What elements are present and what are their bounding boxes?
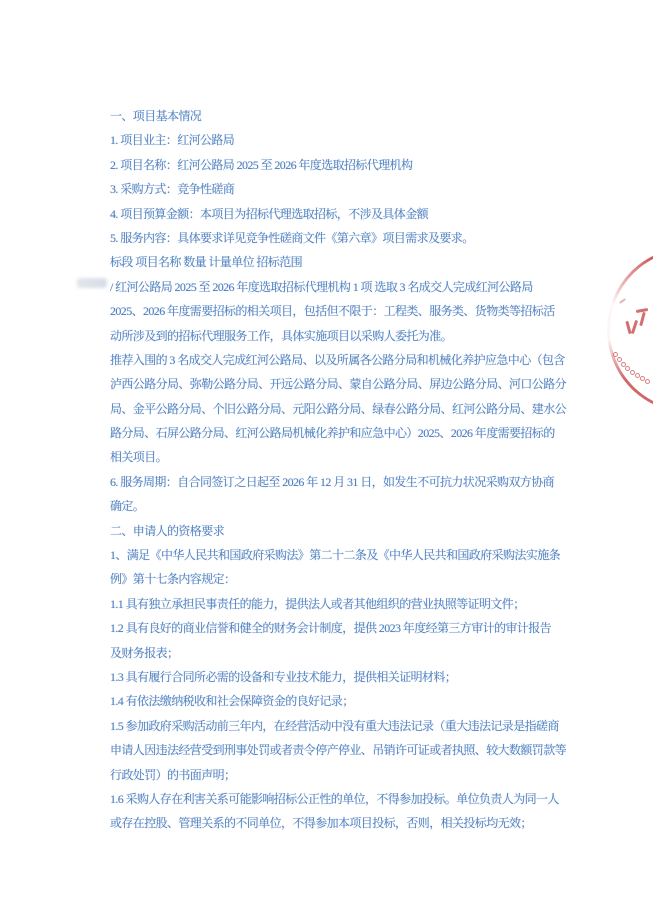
text-line: 1.2 具有良好的商业信誉和健全的财务会计制度，提供 2023 年度经第三方审计… [110, 616, 566, 640]
text-line: 5. 服务内容：具体要求详见竞争性磋商文件《第六章》项目需求及要求。 [110, 226, 566, 250]
text-line: 例》第十七条内容规定： [110, 567, 566, 591]
text-line: 2025、2026 年度需要招标的相关项目，包括但不限于：工程类、服务类、货物类… [110, 299, 566, 323]
seal-dot [613, 352, 618, 357]
text-line: 4. 项目预算金额：本项目为招标代理选取招标，不涉及具体金额 [110, 202, 566, 226]
scanned-document-page: 一、项目基本情况1. 项目业主：红河公路局2. 项目名称：红河公路局 2025 … [0, 0, 653, 914]
text-line: 3. 采购方式：竞争性磋商 [110, 177, 566, 201]
text-line: 1.3 具有履行合同所必需的设备和专业技术能力，提供相关证明材料； [110, 665, 566, 689]
text-line: 相关项目。 [110, 445, 566, 469]
seal-dot [617, 357, 622, 362]
text-line: 二、申请人的资格要求 [110, 519, 566, 543]
seal-dot [625, 366, 630, 371]
text-line: 及财务报表； [110, 641, 566, 665]
text-line: 1.6 采购人存在利害关系可能影响招标公正性的单位，不得参加投标。单位负责人为同… [110, 787, 566, 811]
text-line: 标段 项目名称 数量 计量单位 招标范围 [110, 250, 566, 274]
text-line: 一、项目基本情况 [110, 104, 566, 128]
text-line: 局、金平公路分局、个旧公路分局、元阳公路分局、绿春公路分局、红河公路分局、建水公 [110, 397, 566, 421]
text-line: 行政处罚）的书面声明； [110, 763, 566, 787]
text-line: 2. 项目名称：红河公路局 2025 至 2026 年度选取招标代理机构 [110, 153, 566, 177]
text-line: 路分局、石屏公路分局、红河公路局机械化养护和应急中心）2025、2026 年度需… [110, 421, 566, 445]
text-line: 6. 服务周期：自合同签订之日起至 2026 年 12 月 31 日，如发生不可… [110, 470, 566, 494]
text-line: / 红河公路局 2025 至 2026 年度选取招标代理机构 1 项 选取 3 … [110, 275, 566, 299]
text-line: 或存在控股、管理关系的不同单位，不得参加本项目投标，否则，相关投标均无效； [110, 811, 566, 835]
text-line: 推荐入围的 3 名成交人完成红河公路局、以及所属各公路分局和机械化养护应急中心（… [110, 348, 566, 372]
text-line: 泸西公路分局、弥勒公路分局、开远公路分局、蒙自公路分局、屏边公路分局、河口公路分 [110, 372, 566, 396]
text-line: 1、满足《中华人民共和国政府采购法》第二十二条及《中华人民共和国政府采购法实施条 [110, 543, 566, 567]
text-line: 动所涉及到的招标代理服务工作，具体实施项目以采购人委托为准。 [110, 324, 566, 348]
scan-artifact-smudge [77, 278, 107, 288]
text-line: 申请人因违法经营受到刑事处罚或者责令停产停业、吊销许可证或者执照、较大数额罚款等 [110, 738, 566, 762]
document-body: 一、项目基本情况1. 项目业主：红河公路局2. 项目名称：红河公路局 2025 … [110, 104, 566, 836]
text-line: 1.1 具有独立承担民事责任的能力，提供法人或者其他组织的营业执照等证明文件； [110, 592, 566, 616]
text-line: 确定。 [110, 494, 566, 518]
text-line: 1. 项目业主：红河公路局 [110, 128, 566, 152]
seal-dot [645, 379, 650, 384]
text-line: 1.5 参加政府采购活动前三年内，在经营活动中没有重大违法记录（重大违法记录是指… [110, 714, 566, 738]
text-line: 1.4 有依法缴纳税收和社会保障资金的良好记录； [110, 689, 566, 713]
